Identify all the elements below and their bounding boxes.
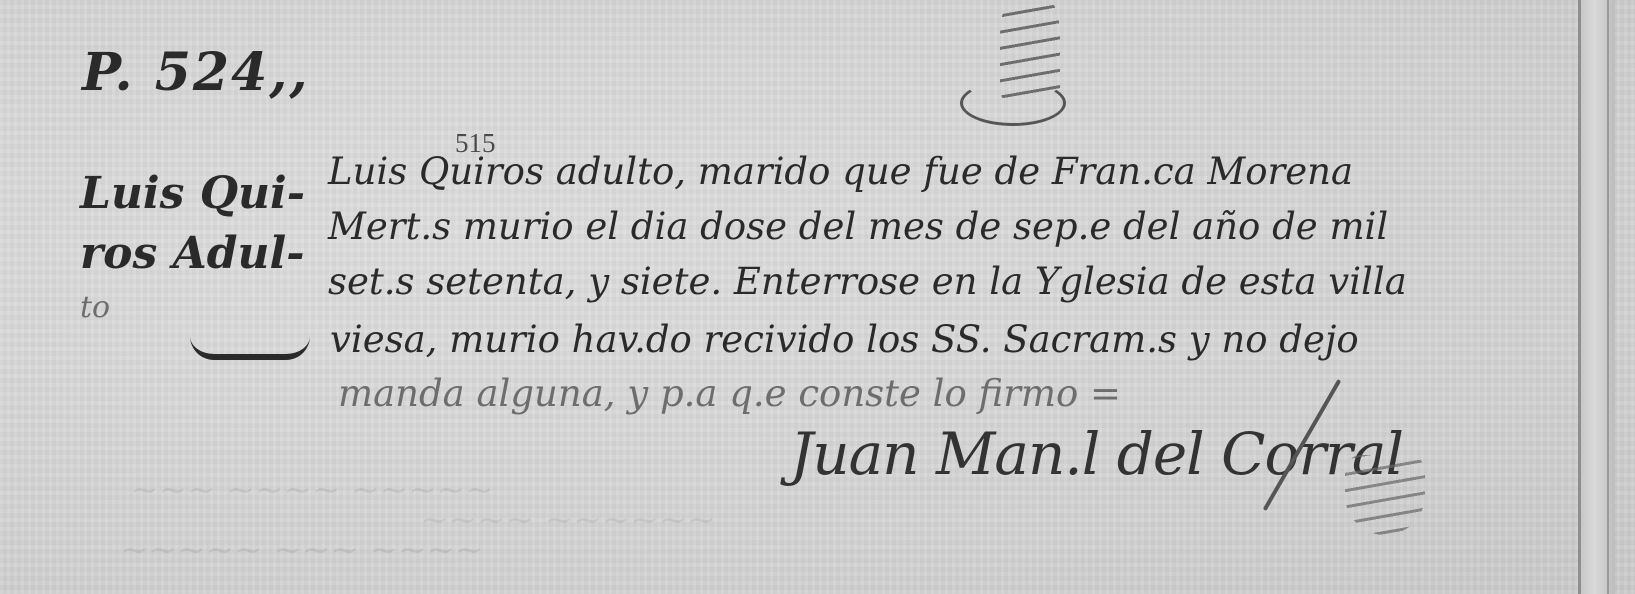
entry-line-4: viesa, murio hav.do recivido los SS. Sac… <box>330 318 1359 361</box>
margin-note-line-3: to <box>80 290 110 325</box>
book-binding-edge <box>1578 0 1615 594</box>
manuscript-page: ~~~ ~~~~ ~~~~~ ~~~~~ ~~~ ~~~~ ~~~~ ~~~~~… <box>0 0 1635 594</box>
margin-note-line-1: Luis Qui- <box>80 168 305 219</box>
margin-note-line-2: ros Adul- <box>80 228 305 279</box>
page-reference: P. 524,, <box>82 42 309 103</box>
entry-line-2: Mert.s murio el dia dose del mes de sep.… <box>328 205 1388 248</box>
margin-underline-stroke <box>190 336 310 360</box>
entry-line-5: manda alguna, y p.a q.e conste lo firmo … <box>338 372 1121 415</box>
entry-line-1: Luis Quiros adulto, marido que fue de Fr… <box>328 150 1353 193</box>
bleed-through-text: ~~~~ ~~~~~~ <box>420 500 716 540</box>
signature-flourish-icon <box>1345 455 1425 535</box>
entry-line-3: set.s setenta, y siete. Enterrose en la … <box>328 260 1407 303</box>
decorative-flourish-tail-icon <box>960 80 1066 126</box>
